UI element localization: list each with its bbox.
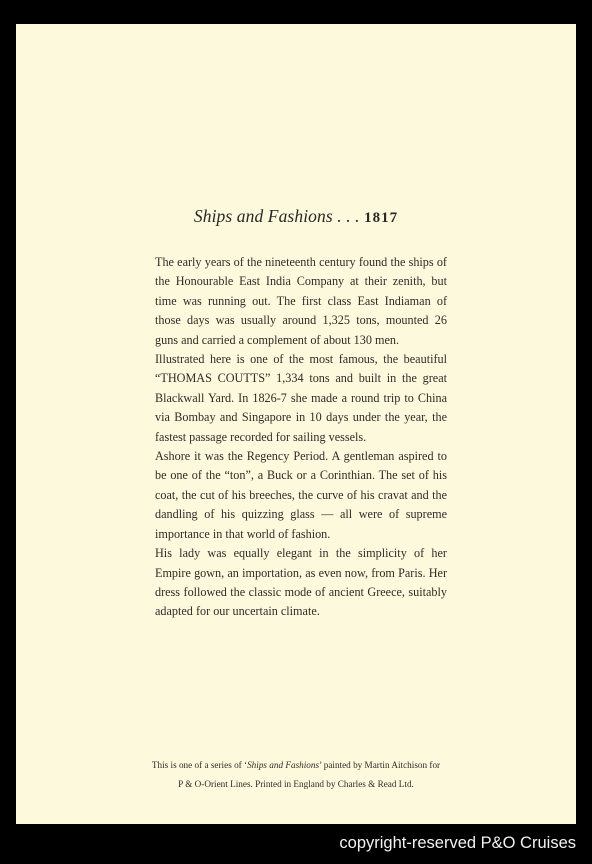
footer-series-name: Ships and Fashions	[247, 760, 319, 770]
document-page: Ships and Fashions . . . 1817 The early …	[16, 24, 576, 824]
footer-line-2: P & O-Orient Lines. Printed in England b…	[16, 775, 576, 794]
title-text: Ships and Fashions . . .	[194, 206, 360, 226]
paragraph-lady-fashion: His lady was equally elegant in the simp…	[155, 544, 447, 622]
copyright-watermark: copyright-reserved P&O Cruises	[339, 834, 576, 853]
page-title: Ships and Fashions . . . 1817	[16, 206, 576, 227]
paragraph-regency-gentleman: Ashore it was the Regency Period. A gent…	[155, 447, 447, 544]
footer-line-1-suffix: ’ painted by Martin Aitchison for	[319, 760, 440, 770]
image-frame: Ships and Fashions . . . 1817 The early …	[0, 0, 592, 864]
footer-line-1: This is one of a series of ‘Ships and Fa…	[16, 756, 576, 775]
footer-credits: This is one of a series of ‘Ships and Fa…	[16, 756, 576, 794]
title-year: 1817	[364, 210, 398, 226]
paragraph-thomas-coutts: Illustrated here is one of the most famo…	[155, 350, 447, 447]
body-text: The early years of the nineteenth centur…	[155, 253, 447, 622]
footer-line-1-prefix: This is one of a series of ‘	[152, 760, 247, 770]
paragraph-east-india-company: The early years of the nineteenth centur…	[155, 253, 447, 350]
